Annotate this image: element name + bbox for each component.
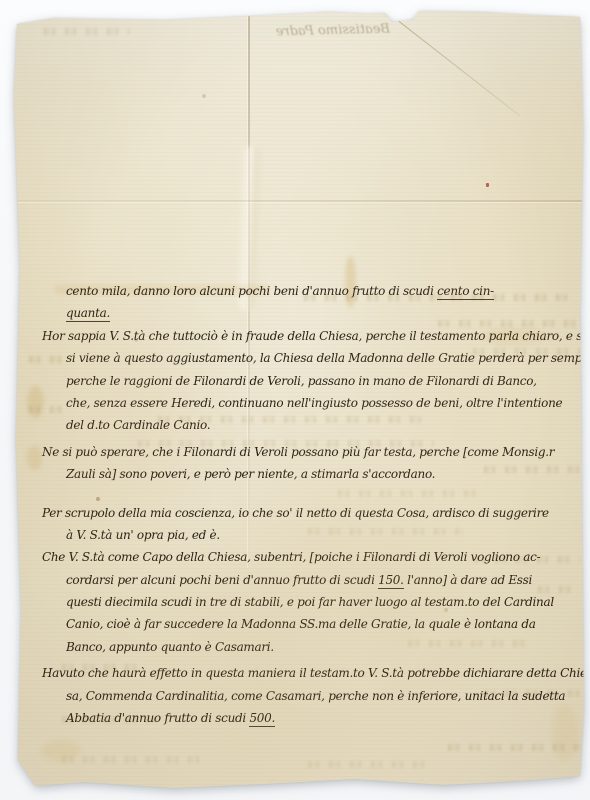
- manuscript-line: del d.to Cardinale Canio.: [66, 414, 580, 436]
- manuscript-line: Abbatia d'annuo frutto di scudi 500.: [66, 707, 580, 729]
- manuscript-line: Canio, cioè à far succedere la Madonna S…: [66, 613, 580, 635]
- underlined-amount: quanta.: [66, 306, 110, 322]
- bleedthrough-mark: [25, 356, 69, 363]
- foxing-dot: [202, 94, 206, 98]
- stain: [42, 741, 80, 761]
- manuscript-line: perche le raggioni de Filonardi de Verol…: [66, 370, 580, 392]
- manuscript-line: Havuto che haurà effetto in questa manie…: [42, 662, 580, 684]
- scan-canvas: { "document": { "kind": "handwritten-man…: [0, 0, 590, 800]
- manuscript-line: Per scrupolo della mia coscienza, io che…: [42, 502, 580, 524]
- manuscript-line: cento mila, danno loro alcuni pochi beni…: [66, 280, 580, 302]
- manuscript-line: Che V. S.tà come Capo della Chiesa, sube…: [42, 546, 580, 568]
- manuscript-line: Ne si può sperare, che i Filonardi di Ve…: [42, 441, 580, 463]
- manuscript-line: à V. S.tà un' opra pia, ed è.: [66, 524, 580, 546]
- manuscript-page-wrap: Beatissimo Padre cento mila, danno loro …: [14, 8, 584, 790]
- manuscript-line: Hor sappia V. S.tà che tuttociò è in fra…: [42, 325, 580, 347]
- manuscript-line: questi diecimila scudi in tre di stabili…: [66, 591, 580, 613]
- bleedthrough-mark: [58, 756, 208, 763]
- red-fleck: [486, 183, 489, 187]
- scratch-crease: [397, 20, 520, 116]
- manuscript-line: si viene à questo aggiustamento, la Chie…: [66, 347, 580, 369]
- manuscript-line: Banco, appunto quanto è Casamari.: [66, 636, 580, 658]
- manuscript-line: Zauli sà] sono poveri, e però per niente…: [66, 463, 580, 485]
- text-block: cento mila, danno loro alcuni pochi beni…: [66, 280, 580, 729]
- torn-edge-stain: [382, 8, 416, 19]
- underlined-amount: cento cin-: [437, 284, 494, 300]
- manuscript-line: che, senza essere Heredi, continuano nel…: [66, 392, 580, 414]
- bleedthrough-mark: [40, 28, 130, 35]
- underlined-amount: 500.: [249, 711, 275, 727]
- bleedthrough-mark: [304, 761, 434, 768]
- bleedthrough-mark: [444, 744, 582, 751]
- underlined-amount: 150.: [378, 573, 404, 589]
- stain: [27, 386, 44, 418]
- manuscript-line: quanta.: [66, 302, 580, 324]
- manuscript-line: cordarsi per alcuni pochi beni d'annuo f…: [66, 569, 580, 591]
- manuscript-page: Beatissimo Padre cento mila, danno loro …: [14, 8, 584, 790]
- manuscript-line: sa, Commenda Cardinalitia, come Casamari…: [66, 685, 580, 707]
- bleedthrough-heading: Beatissimo Padre: [280, 22, 390, 40]
- bleedthrough-mark: [25, 406, 69, 413]
- stain: [27, 446, 42, 470]
- horizontal-fold-crease: [14, 200, 584, 202]
